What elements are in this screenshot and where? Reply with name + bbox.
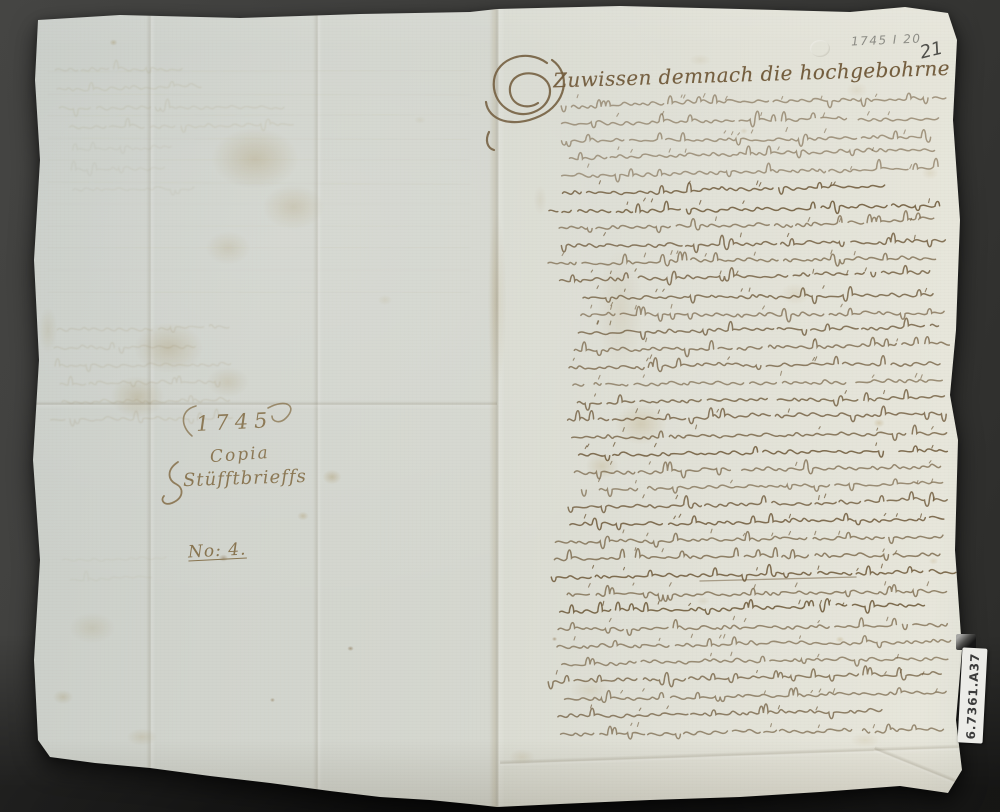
document-paper: Zuwissen demnach die hochgebohrne Freÿle… [0, 0, 1000, 812]
paper-sheet: Zuwissen demnach die hochgebohrne Freÿle… [0, 0, 1000, 812]
annotation-number: No: 4. [188, 539, 247, 562]
photograph: Zuwissen demnach die hochgebohrne Freÿle… [0, 0, 1000, 812]
page-right [497, 0, 1000, 812]
shelfmark-tag: 6.7361.A37 [958, 647, 988, 743]
shelfmark-label: 6.7361.A37 [963, 652, 982, 739]
annotation-year: 1745 [195, 408, 274, 436]
page-left [0, 0, 497, 812]
annotation-copy-label: Copia [209, 443, 270, 467]
annotation-title: Stüfftbrieffs [183, 466, 307, 491]
faint-emboss-mark [810, 40, 830, 57]
